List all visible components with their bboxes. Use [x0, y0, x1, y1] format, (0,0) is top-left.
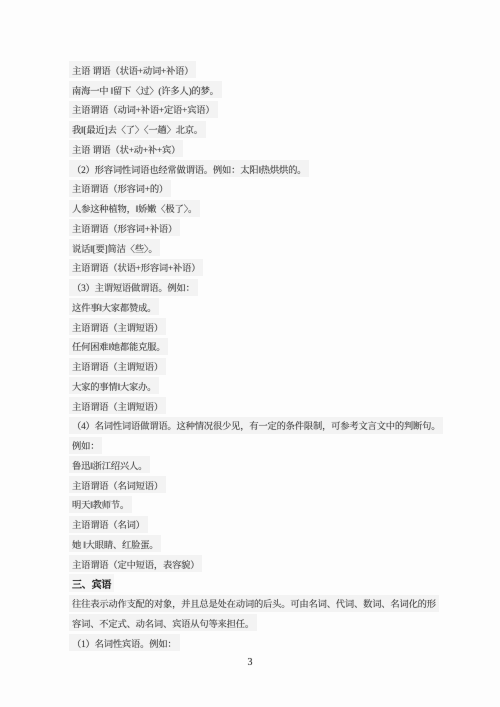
text-line: 主语谓语（定中短语，表容貌）: [69, 554, 441, 574]
text-line-content: 主语 谓语（状语+动词+补语）: [69, 61, 196, 78]
text-line: 主语谓语（名词短语）: [69, 475, 441, 495]
text-line: 主语谓语（名词）: [69, 514, 441, 534]
text-line: 主语谓语（形容词+补语）: [69, 218, 441, 238]
text-line: 人参这种植物，‖娇嫩〈极了〉。: [69, 198, 441, 218]
text-line: 主语谓语（形容词+的）: [69, 179, 441, 199]
text-line-content: 她 ‖大眼睛、红脸蛋。: [69, 535, 161, 552]
text-line: （3）主谓短语做谓语。例如：: [69, 277, 441, 297]
section-heading-binyu: 三、宾语: [69, 574, 441, 594]
text-line: 主语 谓语（状语+动词+补语）: [69, 60, 441, 80]
text-line: 她 ‖大眼睛、红脸蛋。: [69, 534, 441, 554]
text-line: 主语谓语（动词+补语+定语+宾语）: [69, 100, 441, 120]
text-line-content: 主语谓语（状语+形容词+补语）: [69, 259, 203, 276]
text-line: （1）名词性宾语。例如：: [69, 633, 441, 653]
section-heading-text: 三、宾语: [69, 574, 114, 592]
text-line-content: 主语谓语（形容词+的）: [69, 180, 171, 197]
text-line-content: 主语谓语（形容词+补语）: [69, 219, 180, 236]
text-line-content: 容词、不定式、动名词、宾语从句等来担任。: [69, 614, 257, 631]
text-line: 任何困难‖她都能克服。: [69, 337, 441, 357]
text-line-content: 往往表示动作支配的对象，并且总是处在动词的后头。可由名词、代词、数词、名词化的形: [69, 595, 439, 612]
text-line-content: 大家的事情‖大家办。: [69, 377, 159, 394]
text-line: 主语谓语（主谓短语）: [69, 356, 441, 376]
text-line: 这件事‖大家都赞成。: [69, 297, 441, 317]
text-line: 主语谓语（状语+形容词+补语）: [69, 258, 441, 278]
text-line-content: 人参这种植物，‖娇嫩〈极了〉。: [69, 200, 200, 217]
text-line-content: （4）名词性词语做谓语。这种情况很少见，有一定的条件限制，可参考文言文中的判断句…: [69, 417, 443, 434]
text-line: 我‖[最近]去〈了〉〈一趟〉北京。: [69, 119, 441, 139]
document-body: 主语 谓语（状语+动词+补语） 南海一中 ‖留下〈过〉(许多人)的梦。 主语谓语…: [69, 60, 441, 653]
text-line: 例如：: [69, 435, 441, 455]
text-line: 说话‖[要]简洁〈些〉。: [69, 238, 441, 258]
text-line: （2）形容词性词语也经常做谓语。例如：太阳‖热烘烘的。: [69, 159, 441, 179]
text-line-content: 我‖[最近]去〈了〉〈一趟〉北京。: [69, 121, 206, 138]
text-line: 主语 谓语（状+动+补+宾）: [69, 139, 441, 159]
text-line-content: 主语谓语（动词+补语+定语+宾语）: [69, 101, 218, 118]
text-line-content: 主语谓语（主谓短语）: [69, 358, 166, 375]
page-number: 3: [248, 657, 253, 668]
text-line-content: 说话‖[要]简洁〈些〉。: [69, 239, 160, 256]
text-line-content: 例如：: [69, 437, 102, 454]
text-line-content: 主语谓语（定中短语，表容貌）: [69, 555, 202, 572]
text-line-content: （2）形容词性词语也经常做谓语。例如：太阳‖热烘烘的。: [69, 160, 309, 177]
text-line-content: 任何困难‖她都能克服。: [69, 338, 168, 355]
text-line: 主语谓语（主谓短语）: [69, 396, 441, 416]
text-line-content: 主语谓语（主谓短语）: [69, 397, 166, 414]
text-line-content: 明天‖教师节。: [69, 496, 132, 513]
text-line-content: 主语谓语（主谓短语）: [69, 318, 166, 335]
page-footer: 3: [0, 652, 500, 670]
document-page: 主语 谓语（状语+动词+补语） 南海一中 ‖留下〈过〉(许多人)的梦。 主语谓语…: [0, 0, 500, 707]
text-line: 大家的事情‖大家办。: [69, 376, 441, 396]
text-line: 容词、不定式、动名词、宾语从句等来担任。: [69, 613, 441, 633]
text-line: 往往表示动作支配的对象，并且总是处在动词的后头。可由名词、代词、数词、名词化的形: [69, 593, 441, 613]
text-line-content: 主语谓语（名词）: [69, 516, 148, 533]
text-line-content: 这件事‖大家都赞成。: [69, 298, 159, 315]
text-line: 鲁迅‖浙江绍兴人。: [69, 455, 441, 475]
text-line-content: （1）名词性宾语。例如：: [69, 634, 180, 651]
text-line: 明天‖教师节。: [69, 495, 441, 515]
text-line: 南海一中 ‖留下〈过〉(许多人)的梦。: [69, 80, 441, 100]
text-line-content: 鲁迅‖浙江绍兴人。: [69, 456, 150, 473]
text-line: 主语谓语（主谓短语）: [69, 317, 441, 337]
text-line-content: 主语谓语（名词短语）: [69, 476, 166, 493]
text-line-content: 主语 谓语（状+动+补+宾）: [69, 140, 183, 157]
text-line-content: 南海一中 ‖留下〈过〉(许多人)的梦。: [69, 81, 222, 98]
text-line: （4）名词性词语做谓语。这种情况很少见，有一定的条件限制，可参考文言文中的判断句…: [69, 416, 441, 436]
text-line-content: （3）主谓短语做谓语。例如：: [69, 279, 198, 296]
